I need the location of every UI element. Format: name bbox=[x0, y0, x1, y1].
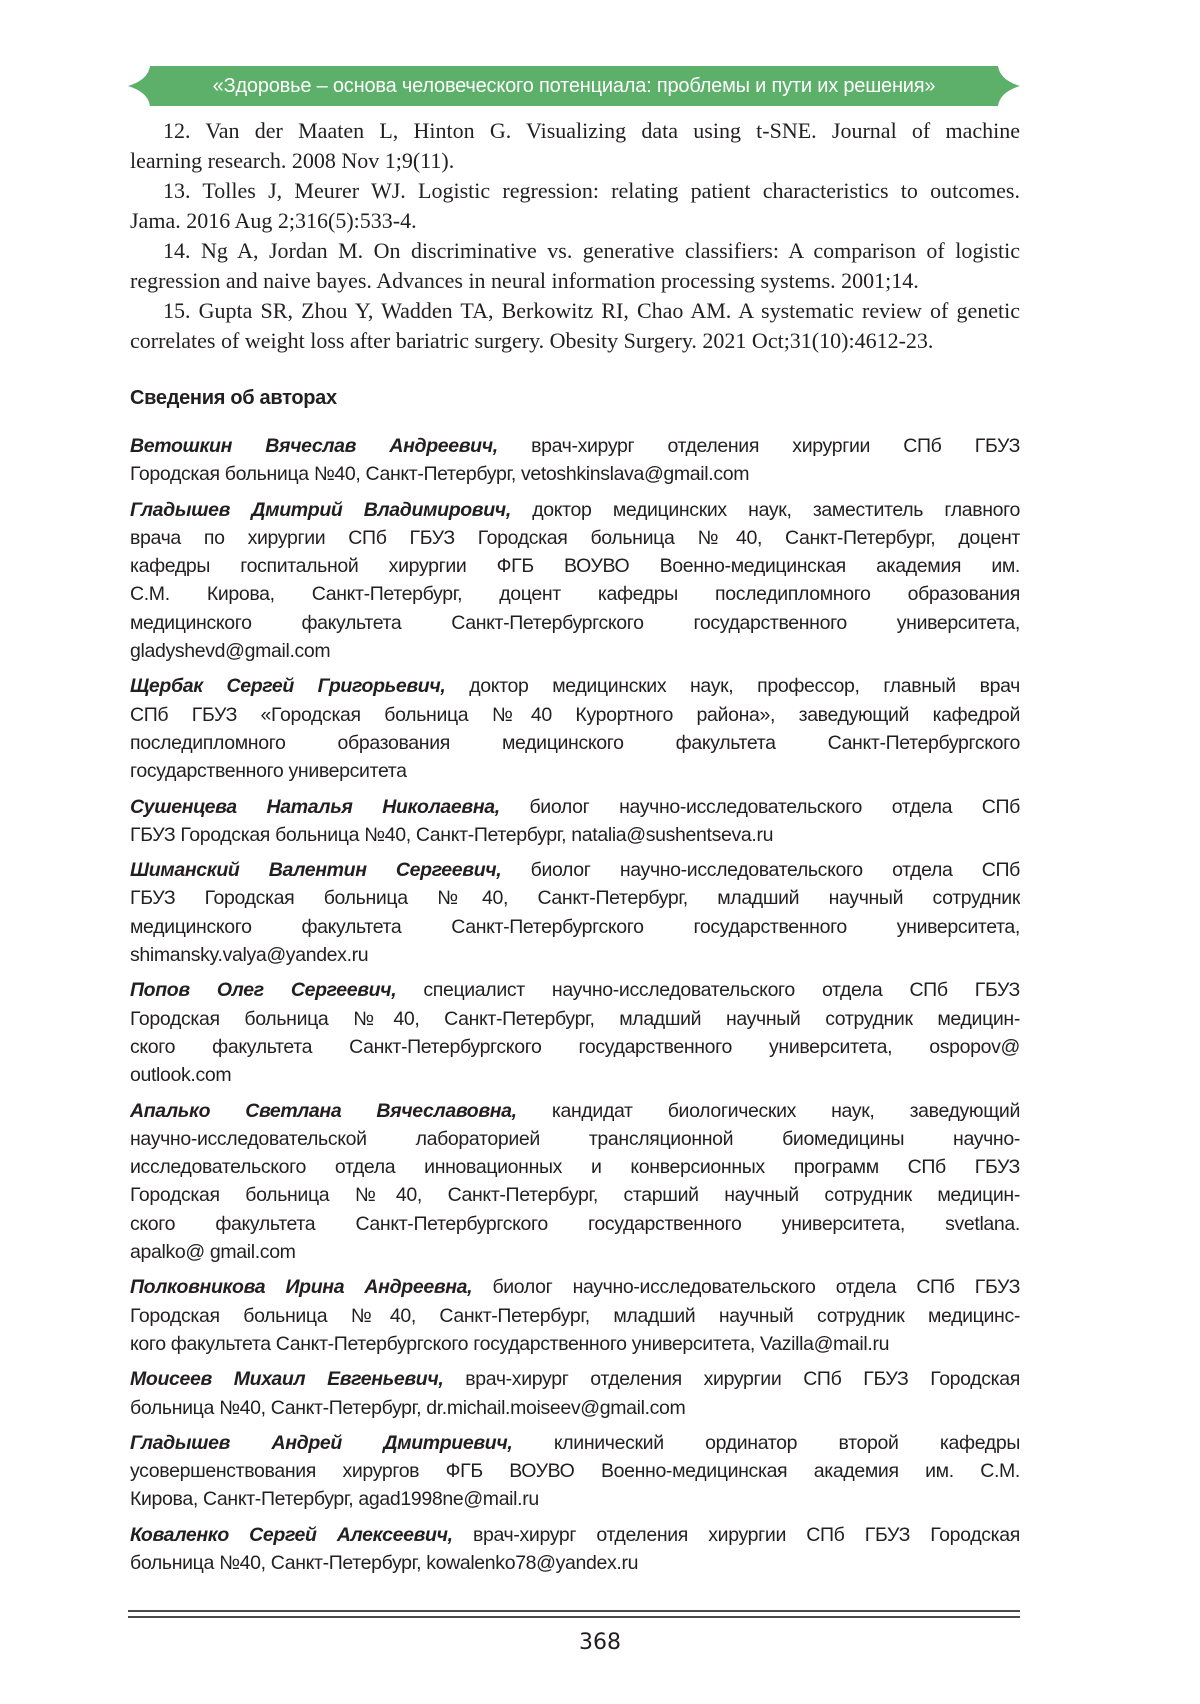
author-line: apalko@ gmail.com bbox=[130, 1238, 1020, 1266]
author-name: Моисеев Михаил Евгеньевич, bbox=[130, 1368, 443, 1390]
author-name: Ветошкин Вячеслав Андреевич, bbox=[130, 435, 498, 457]
author-name: Гладышев Дмитрий Владимирович, bbox=[130, 499, 511, 521]
author-details: С.М. Кирова, Санкт-Петербург, доцент каф… bbox=[130, 583, 1020, 605]
reference-text: Jama. 2016 Aug 2;316(5):533-4. bbox=[130, 208, 417, 233]
author-name: Гладышев Андрей Дмитриевич, bbox=[130, 1432, 512, 1454]
reference-line: 14. Ng A, Jordan M. On discriminative vs… bbox=[130, 236, 1020, 266]
author-details: больница №40, Санкт-Петербург, kowalenko… bbox=[130, 1552, 638, 1574]
reference-text: Ng A, Jordan M. On discriminative vs. ge… bbox=[201, 238, 1020, 263]
author-line: медицинского факультета Санкт-Петербургс… bbox=[130, 609, 1020, 637]
author-name: Сушенцева Наталья Николаевна, bbox=[130, 796, 500, 818]
author-details: доктор медицинских наук, профессор, глав… bbox=[445, 675, 1020, 697]
author-entry: Полковникова Ирина Андреевна, биолог нау… bbox=[130, 1273, 1020, 1358]
footer-rule-bottom bbox=[128, 1616, 1020, 1618]
author-line: Городская больница №40, Санкт-Петербург,… bbox=[130, 1302, 1020, 1330]
author-name: Полковникова Ирина Андреевна, bbox=[130, 1276, 472, 1298]
reference-text: regression and naive bayes. Advances in … bbox=[130, 268, 919, 293]
reference-number: 12. bbox=[163, 116, 191, 146]
author-entry: Гладышев Дмитрий Владимирович, доктор ме… bbox=[130, 496, 1020, 666]
author-line: Городская больница №40, Санкт-Петербург,… bbox=[130, 460, 1020, 488]
author-details: исследовательского отдела инновационных … bbox=[130, 1156, 1020, 1178]
reference-text: Tolles J, Meurer WJ. Logistic regression… bbox=[202, 178, 1020, 203]
author-details: клинический ординатор второй кафедры bbox=[512, 1432, 1020, 1454]
author-details: государственного университета bbox=[130, 760, 407, 782]
author-details: кафедры госпитальной хирургии ФГБ ВОУВО … bbox=[130, 555, 1020, 577]
author-details: врача по хирургии СПб ГБУЗ Городская бол… bbox=[130, 527, 1020, 549]
journal-title: «Здоровье – основа человеческого потенци… bbox=[128, 66, 1020, 106]
reference-item: 14. Ng A, Jordan M. On discriminative vs… bbox=[130, 236, 1020, 296]
author-details: кого факультета Санкт-Петербургского гос… bbox=[130, 1333, 889, 1355]
reference-line: 13. Tolles J, Meurer WJ. Logistic regres… bbox=[130, 176, 1020, 206]
author-line: Полковникова Ирина Андреевна, биолог нау… bbox=[130, 1273, 1020, 1301]
reference-number: 13. bbox=[163, 176, 191, 206]
author-line: медицинского факультета Санкт-Петербургс… bbox=[130, 913, 1020, 941]
author-details: врач-хирург отделения хирургии СПб ГБУЗ … bbox=[453, 1524, 1020, 1546]
author-details: кандидат биологических наук, заведующий bbox=[517, 1100, 1020, 1122]
author-line: кафедры госпитальной хирургии ФГБ ВОУВО … bbox=[130, 552, 1020, 580]
author-name: Коваленко Сергей Алексеевич, bbox=[130, 1524, 453, 1546]
author-entry: Шиманский Валентин Сергеевич, биолог нау… bbox=[130, 856, 1020, 969]
author-details: больница №40, Санкт-Петербург, dr.michai… bbox=[130, 1397, 685, 1419]
footer-rule-top bbox=[128, 1610, 1020, 1612]
author-entry: Гладышев Андрей Дмитриевич, клинический … bbox=[130, 1429, 1020, 1514]
author-details: ГБУЗ Городская больница №40, Санкт-Петер… bbox=[130, 887, 1020, 909]
author-name: Щербак Сергей Григорьевич, bbox=[130, 675, 445, 697]
author-line: исследовательского отдела инновационных … bbox=[130, 1153, 1020, 1181]
author-entry: Ветошкин Вячеслав Андреевич, врач-хирург… bbox=[130, 432, 1020, 489]
author-details: биолог научно-исследовательского отдела … bbox=[500, 796, 1020, 818]
author-line: научно-исследовательской лабораторией тр… bbox=[130, 1125, 1020, 1153]
reference-line: 15. Gupta SR, Zhou Y, Wadden TA, Berkowi… bbox=[130, 296, 1020, 326]
reference-line: Jama. 2016 Aug 2;316(5):533-4. bbox=[130, 206, 1020, 236]
author-line: Ветошкин Вячеслав Андреевич, врач-хирург… bbox=[130, 432, 1020, 460]
author-entry: Сушенцева Наталья Николаевна, биолог нау… bbox=[130, 793, 1020, 850]
reference-item: 12. Van der Maaten L, Hinton G. Visualiz… bbox=[130, 116, 1020, 176]
reference-list: 12. Van der Maaten L, Hinton G. Visualiz… bbox=[130, 116, 1020, 356]
author-line: Кирова, Санкт-Петербург, agad1998ne@mail… bbox=[130, 1485, 1020, 1513]
author-details: Кирова, Санкт-Петербург, agad1998ne@mail… bbox=[130, 1488, 539, 1510]
author-line: кого факультета Санкт-Петербургского гос… bbox=[130, 1330, 1020, 1358]
author-details: shimansky.valya@yandex.ru bbox=[130, 944, 368, 966]
author-details: СПб ГБУЗ «Городская больница №40 Курортн… bbox=[130, 704, 1020, 726]
author-details: доктор медицинских наук, заместитель гла… bbox=[511, 499, 1020, 521]
author-entry: Апалько Светлана Вячеславовна, кандидат … bbox=[130, 1097, 1020, 1267]
reference-item: 13. Tolles J, Meurer WJ. Logistic regres… bbox=[130, 176, 1020, 236]
author-entry: Моисеев Михаил Евгеньевич, врач-хирург о… bbox=[130, 1365, 1020, 1422]
author-details: ГБУЗ Городская больница №40, Санкт-Петер… bbox=[130, 824, 773, 846]
author-line: ского факультета Санкт-Петербургского го… bbox=[130, 1033, 1020, 1061]
author-details: ского факультета Санкт-Петербургского го… bbox=[130, 1213, 1020, 1235]
author-details: ского факультета Санкт-Петербургского го… bbox=[130, 1036, 1020, 1058]
author-line: врача по хирургии СПб ГБУЗ Городская бол… bbox=[130, 524, 1020, 552]
author-details: apalko@ gmail.com bbox=[130, 1241, 296, 1263]
page-number: 368 bbox=[0, 1630, 1200, 1655]
author-line: Коваленко Сергей Алексеевич, врач-хирург… bbox=[130, 1521, 1020, 1549]
reference-number: 14. bbox=[163, 236, 191, 266]
reference-text: Gupta SR, Zhou Y, Wadden TA, Berkowitz R… bbox=[199, 298, 1020, 323]
author-details: Городская больница №40, Санкт-Петербург,… bbox=[130, 1305, 1020, 1327]
reference-line: regression and naive bayes. Advances in … bbox=[130, 266, 1020, 296]
reference-line: 12. Van der Maaten L, Hinton G. Visualiz… bbox=[130, 116, 1020, 146]
author-details: врач-хирург отделения хирургии СПб ГБУЗ bbox=[498, 435, 1020, 457]
author-list: Ветошкин Вячеслав Андреевич, врач-хирург… bbox=[130, 432, 1020, 1584]
author-line: Попов Олег Сергеевич, специалист научно-… bbox=[130, 976, 1020, 1004]
author-details: Городская больница №40, Санкт-Петербург,… bbox=[130, 463, 749, 485]
author-line: последипломного образования медицинского… bbox=[130, 729, 1020, 757]
reference-number: 15. bbox=[163, 296, 191, 326]
author-details: усовершенствования хирургов ФГБ ВОУВО Во… bbox=[130, 1460, 1020, 1482]
reference-text: learning research. 2008 Nov 1;9(11). bbox=[130, 148, 454, 173]
author-name: Шиманский Валентин Сергеевич, bbox=[130, 859, 501, 881]
author-line: СПб ГБУЗ «Городская больница №40 Курортн… bbox=[130, 701, 1020, 729]
author-line: С.М. Кирова, Санкт-Петербург, доцент каф… bbox=[130, 580, 1020, 608]
author-line: shimansky.valya@yandex.ru bbox=[130, 941, 1020, 969]
author-details: последипломного образования медицинского… bbox=[130, 732, 1020, 754]
author-line: Щербак Сергей Григорьевич, доктор медици… bbox=[130, 672, 1020, 700]
author-line: Шиманский Валентин Сергеевич, биолог нау… bbox=[130, 856, 1020, 884]
author-line: усовершенствования хирургов ФГБ ВОУВО Во… bbox=[130, 1457, 1020, 1485]
author-details: специалист научно-исследовательского отд… bbox=[396, 979, 1020, 1001]
author-details: gladyshevd@gmail.com bbox=[130, 640, 330, 662]
author-line: Городская больница №40, Санкт-Петербург,… bbox=[130, 1005, 1020, 1033]
author-line: Гладышев Дмитрий Владимирович, доктор ме… bbox=[130, 496, 1020, 524]
author-details: научно-исследовательской лабораторией тр… bbox=[130, 1128, 1020, 1150]
author-line: государственного университета bbox=[130, 757, 1020, 785]
author-details: врач-хирург отделения хирургии СПб ГБУЗ … bbox=[443, 1368, 1020, 1390]
reference-line: learning research. 2008 Nov 1;9(11). bbox=[130, 146, 1020, 176]
author-line: Гладышев Андрей Дмитриевич, клинический … bbox=[130, 1429, 1020, 1457]
author-details: Городская больница №40, Санкт-Петербург,… bbox=[130, 1184, 1020, 1206]
author-line: ского факультета Санкт-Петербургского го… bbox=[130, 1210, 1020, 1238]
author-details: биолог научно-исследовательского отдела … bbox=[472, 1276, 1020, 1298]
author-line: больница №40, Санкт-Петербург, kowalenko… bbox=[130, 1549, 1020, 1577]
author-line: ГБУЗ Городская больница №40, Санкт-Петер… bbox=[130, 821, 1020, 849]
author-entry: Щербак Сергей Григорьевич, доктор медици… bbox=[130, 672, 1020, 785]
author-details: outlook.com bbox=[130, 1064, 231, 1086]
author-line: Моисеев Михаил Евгеньевич, врач-хирург о… bbox=[130, 1365, 1020, 1393]
author-entry: Попов Олег Сергеевич, специалист научно-… bbox=[130, 976, 1020, 1089]
header-banner: «Здоровье – основа человеческого потенци… bbox=[128, 66, 1020, 106]
author-line: Городская больница №40, Санкт-Петербург,… bbox=[130, 1181, 1020, 1209]
author-line: Сушенцева Наталья Николаевна, биолог нау… bbox=[130, 793, 1020, 821]
reference-text: correlates of weight loss after bariatri… bbox=[130, 328, 933, 353]
section-title: Сведения об авторах bbox=[130, 387, 337, 410]
reference-item: 15. Gupta SR, Zhou Y, Wadden TA, Berkowi… bbox=[130, 296, 1020, 356]
author-line: outlook.com bbox=[130, 1061, 1020, 1089]
author-details: медицинского факультета Санкт-Петербургс… bbox=[130, 612, 1020, 634]
author-details: медицинского факультета Санкт-Петербургс… bbox=[130, 916, 1020, 938]
author-name: Попов Олег Сергеевич, bbox=[130, 979, 396, 1001]
author-line: больница №40, Санкт-Петербург, dr.michai… bbox=[130, 1394, 1020, 1422]
author-line: gladyshevd@gmail.com bbox=[130, 637, 1020, 665]
author-line: Апалько Светлана Вячеславовна, кандидат … bbox=[130, 1097, 1020, 1125]
author-line: ГБУЗ Городская больница №40, Санкт-Петер… bbox=[130, 884, 1020, 912]
author-name: Апалько Светлана Вячеславовна, bbox=[130, 1100, 517, 1122]
author-entry: Коваленко Сергей Алексеевич, врач-хирург… bbox=[130, 1521, 1020, 1578]
reference-text: Van der Maaten L, Hinton G. Visualizing … bbox=[205, 118, 1020, 143]
author-details: Городская больница №40, Санкт-Петербург,… bbox=[130, 1008, 1020, 1030]
reference-line: correlates of weight loss after bariatri… bbox=[130, 326, 1020, 356]
author-details: биолог научно-исследовательского отдела … bbox=[501, 859, 1020, 881]
